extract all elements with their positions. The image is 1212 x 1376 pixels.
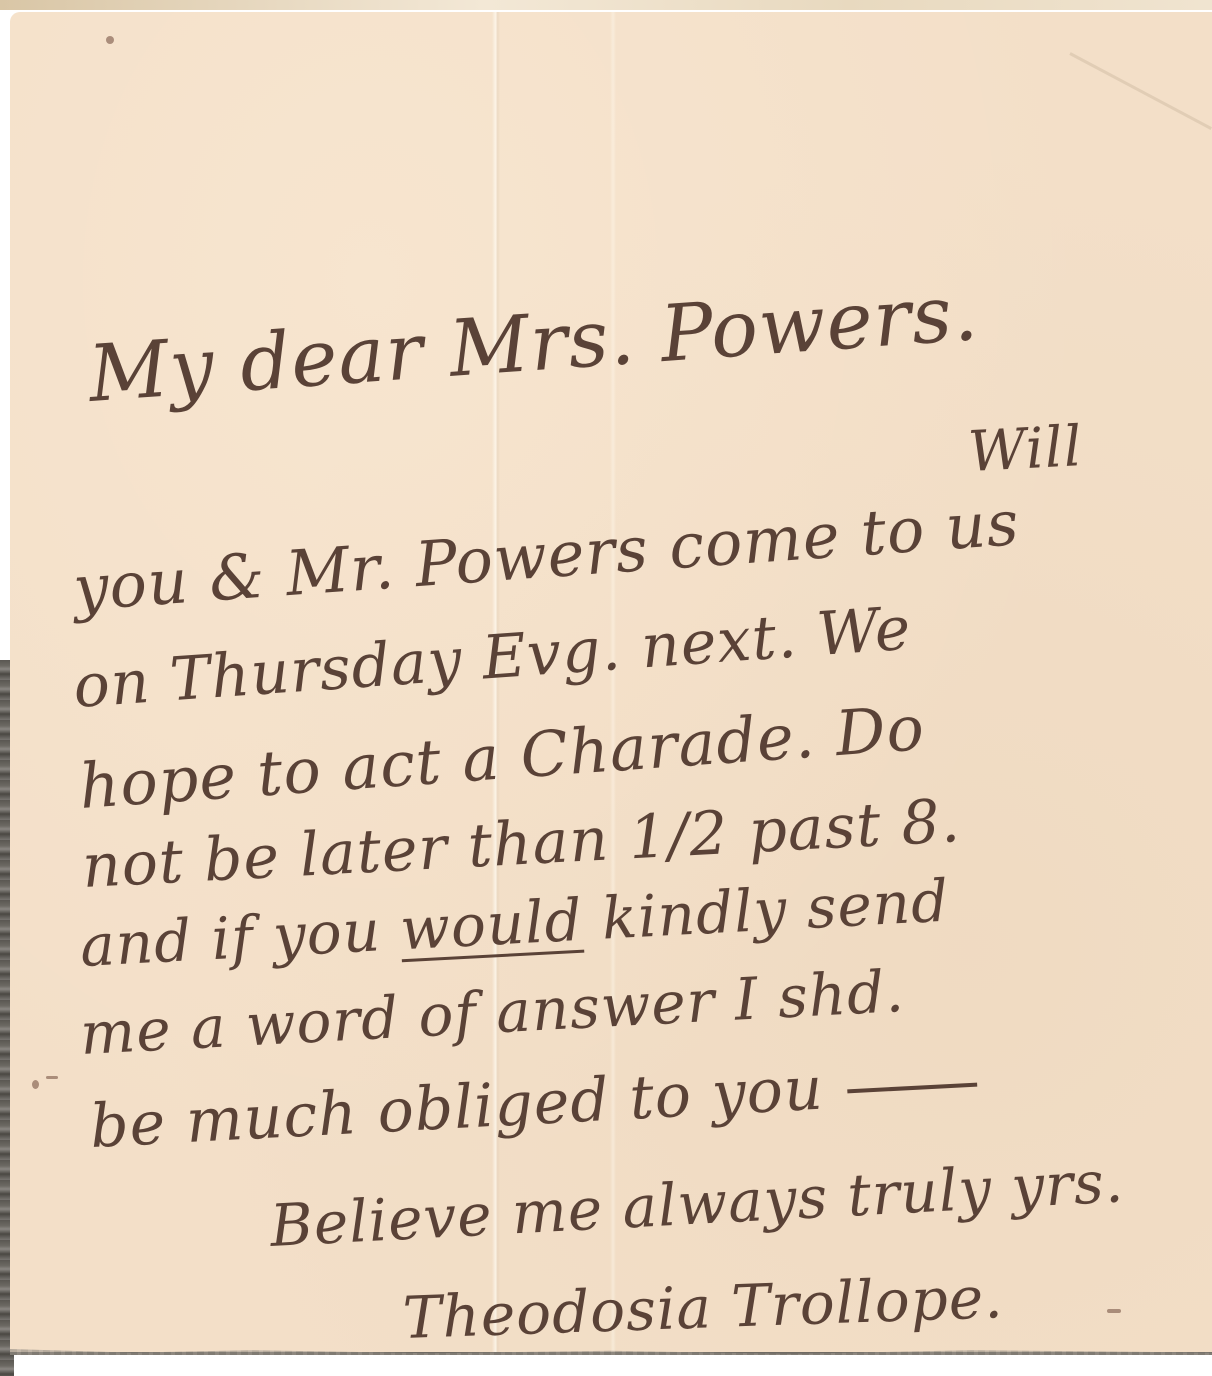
letter-text: and if you [78, 896, 382, 980]
letter-salutation: My dear Mrs. Powers. [86, 268, 982, 420]
corner-crease [1069, 52, 1212, 130]
scanner-top-edge [0, 0, 1212, 10]
letter-paper: My dear Mrs. Powers. Will you & Mr. Powe… [10, 12, 1212, 1352]
letter-text: be much obliged to you [88, 1054, 825, 1162]
paper-spot [1107, 1309, 1121, 1313]
paper-spot [32, 1080, 39, 1089]
paper-spot [46, 1076, 58, 1079]
letter-closing: Believe me always truly yrs. [268, 1147, 1125, 1260]
letter-text: kindly send [600, 867, 951, 953]
scanned-letter: My dear Mrs. Powers. Will you & Mr. Powe… [0, 0, 1212, 1376]
dash-stroke [847, 1083, 977, 1094]
letter-line: Will [967, 414, 1085, 485]
letter-line: be much obliged to you [88, 1046, 979, 1162]
paper-spot [106, 36, 114, 44]
underlined-word: would [398, 886, 584, 963]
